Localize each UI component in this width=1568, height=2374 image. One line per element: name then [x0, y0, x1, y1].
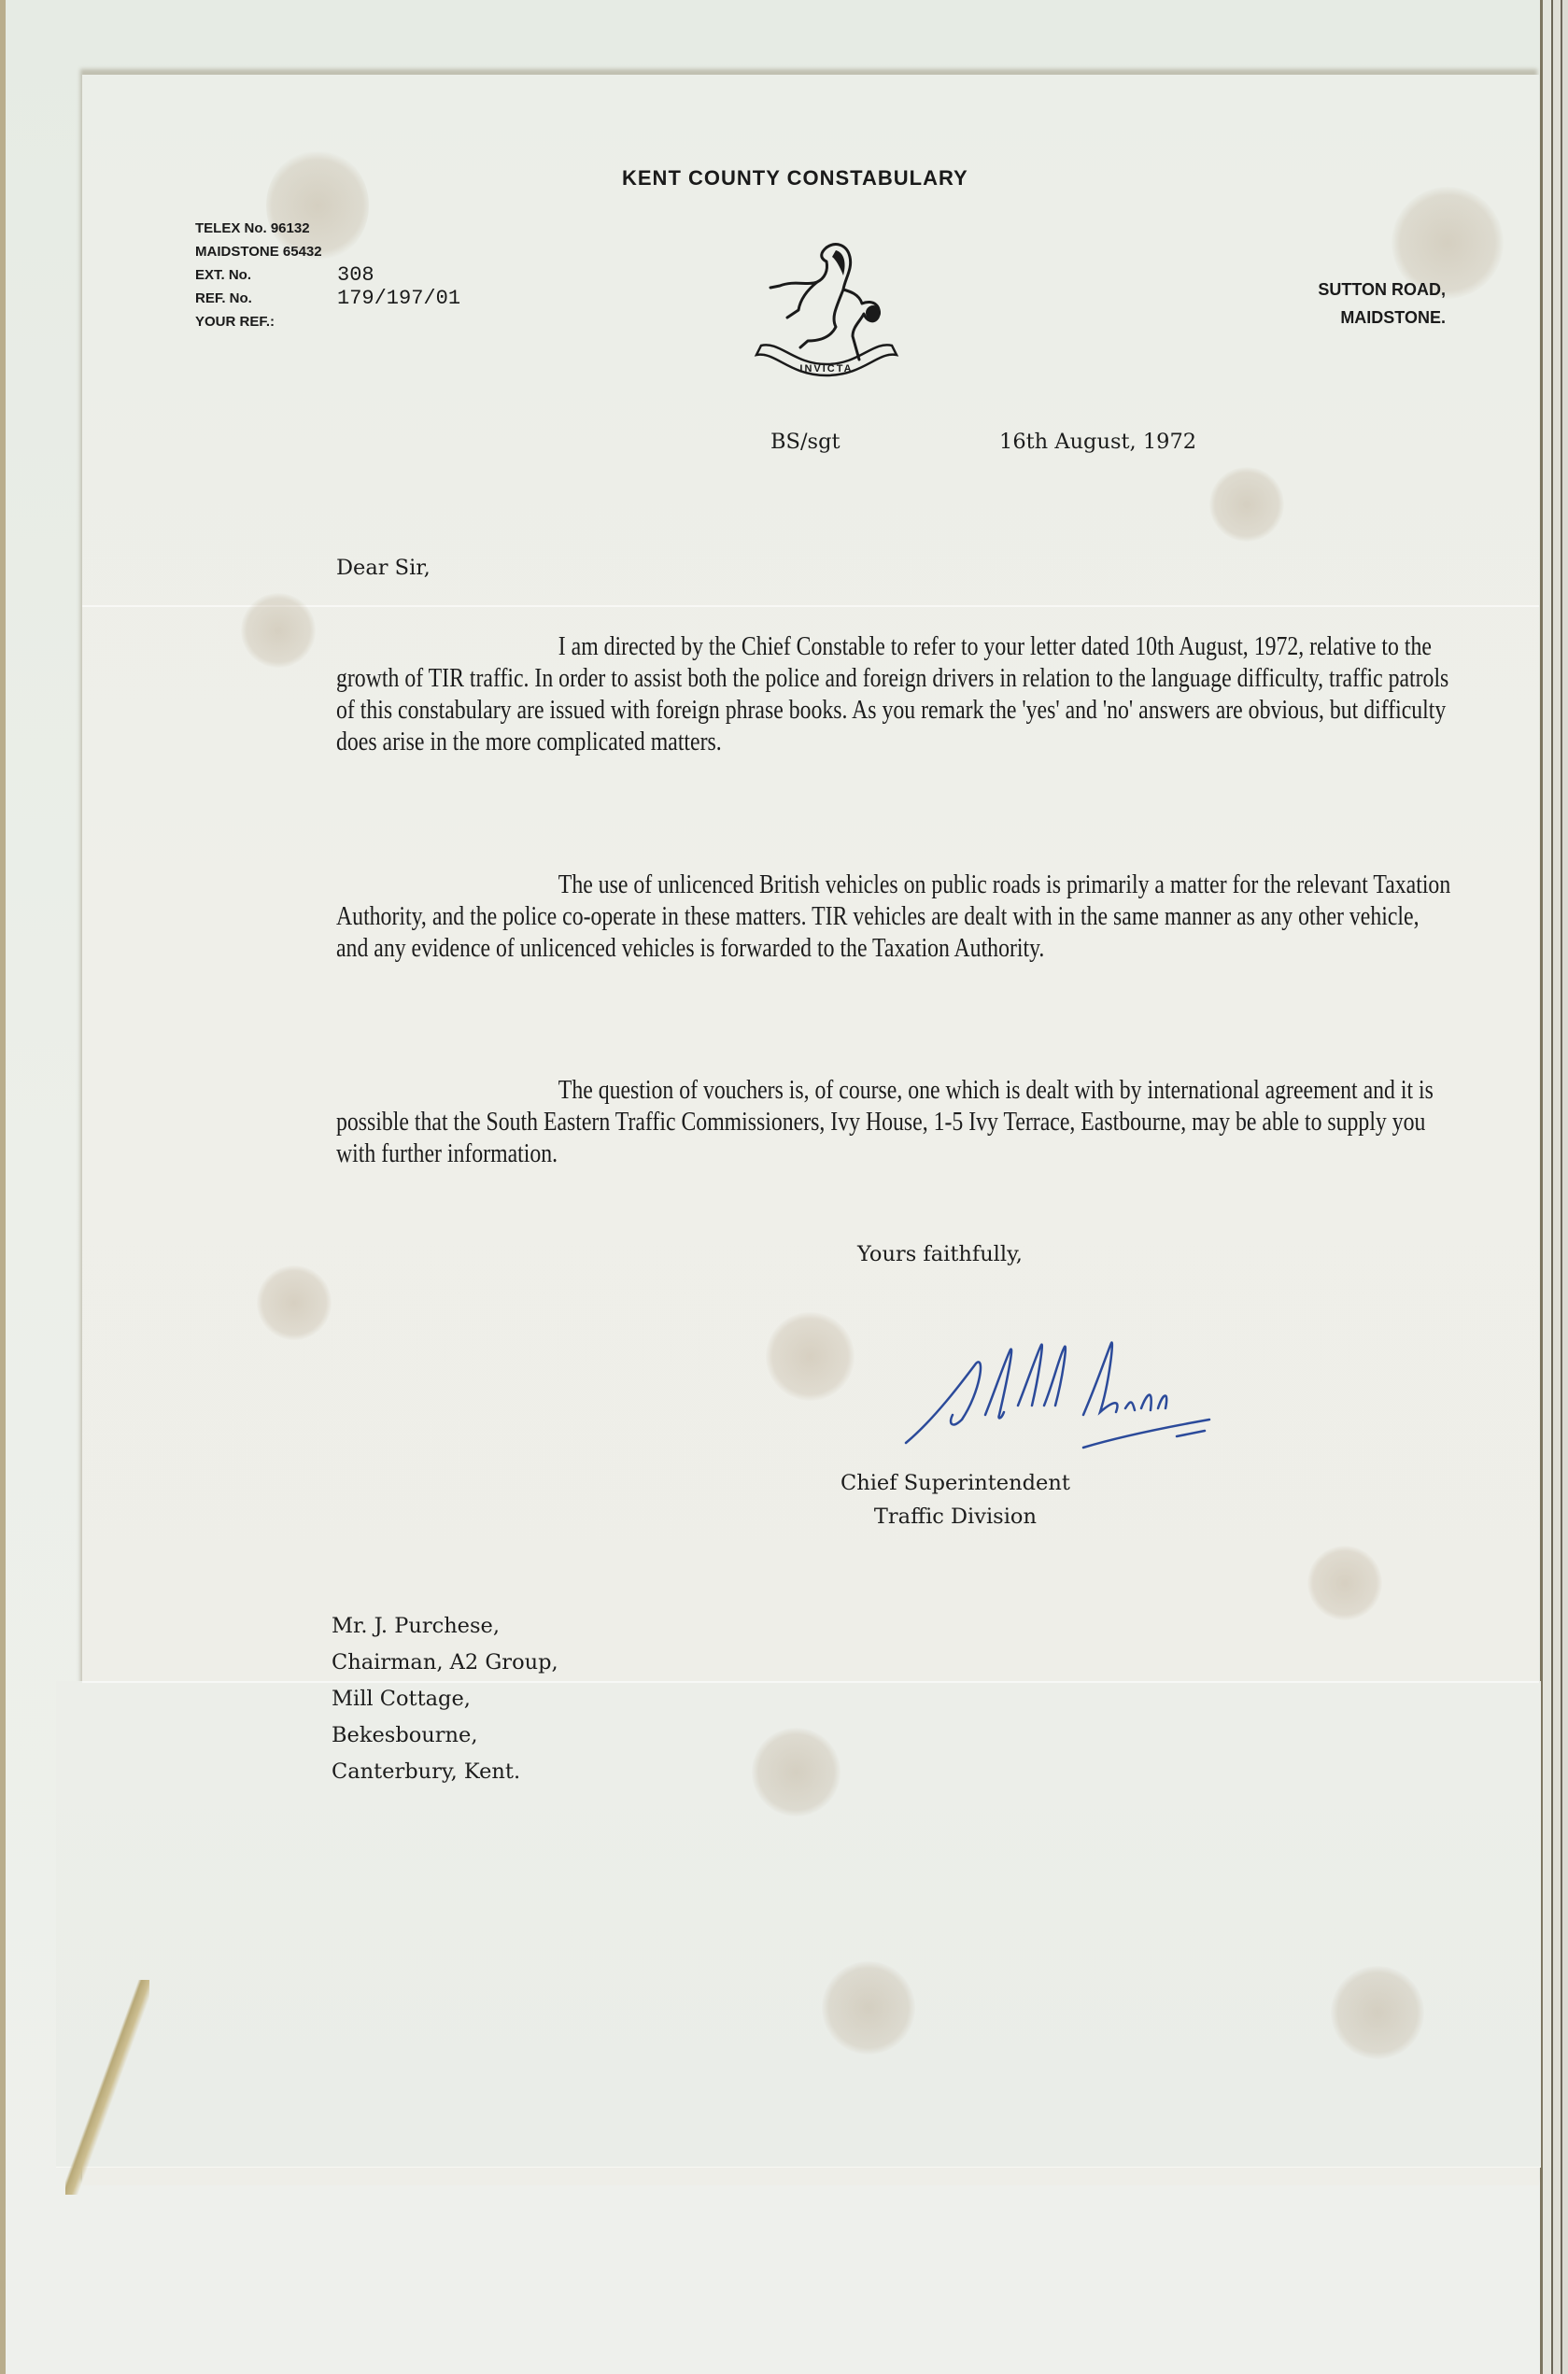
ext-row: EXT. No. 308: [195, 263, 460, 287]
fold-line: [82, 1681, 1539, 1683]
stain: [766, 1312, 855, 1401]
recipient-line: Chairman, A2 Group,: [332, 1645, 558, 1681]
stain: [257, 1265, 332, 1340]
complimentary-close: Yours faithfully,: [857, 1242, 1023, 1266]
ext-label: EXT. No.: [195, 263, 337, 287]
stacked-page-edges: [1540, 0, 1568, 2374]
address-line: SUTTON ROAD,: [1318, 276, 1446, 304]
stain: [1307, 1546, 1382, 1620]
body-paragraph: I am directed by the Chief Constable to …: [336, 630, 1454, 757]
signatory-title: Chief Superintendent Traffic Division: [841, 1466, 1070, 1533]
your-ref-row: YOUR REF.:: [195, 310, 460, 333]
recipient-line: Canterbury, Kent.: [332, 1754, 558, 1790]
signatory-rank: Chief Superintendent: [841, 1466, 1070, 1500]
stain: [822, 1961, 915, 2055]
recipient-line: Mill Cottage,: [332, 1681, 558, 1717]
stain: [241, 593, 316, 668]
body-paragraph: The question of vouchers is, of course, …: [336, 1074, 1454, 1169]
stain: [1331, 1966, 1424, 2059]
signatory-division: Traffic Division: [841, 1500, 1070, 1533]
salutation: Dear Sir,: [336, 556, 431, 580]
letter-date: 16th August, 1972: [999, 430, 1196, 454]
binder-edge: [0, 0, 6, 2374]
contact-block: TELEX No. 96132 MAIDSTONE 65432 EXT. No.…: [195, 217, 460, 333]
ref-value: 179/197/01: [337, 287, 460, 310]
handwritten-signature-icon: [897, 1326, 1233, 1466]
telex-row: TELEX No. 96132: [195, 217, 460, 240]
white-horse-crest-icon: INVICTA: [742, 224, 911, 383]
page-corner-shadow: [65, 1980, 149, 2195]
phone-label: MAIDSTONE 65432: [195, 240, 322, 263]
ref-row: REF. No. 179/197/01: [195, 287, 460, 310]
body-paragraph: The use of unlicenced British vehicles o…: [336, 869, 1454, 964]
reference-initials: BS/sgt: [770, 430, 841, 454]
your-ref-label: YOUR REF.:: [195, 310, 337, 333]
phone-row: MAIDSTONE 65432: [195, 240, 460, 263]
recipient-line: Bekesbourne,: [332, 1717, 558, 1754]
sender-address: SUTTON ROAD, MAIDSTONE.: [1318, 276, 1446, 332]
organisation-name: KENT COUNTY CONSTABULARY: [622, 166, 968, 191]
telex-label: TELEX No. 96132: [195, 217, 310, 240]
stain: [752, 1728, 841, 1816]
ext-value: 308: [337, 263, 374, 287]
svg-text:INVICTA: INVICTA: [799, 363, 853, 374]
stain: [1209, 467, 1284, 542]
recipient-address: Mr. J. Purchese, Chairman, A2 Group, Mil…: [332, 1608, 558, 1790]
ref-label: REF. No.: [195, 287, 337, 310]
recipient-line: Mr. J. Purchese,: [332, 1608, 558, 1645]
address-line: MAIDSTONE.: [1318, 304, 1446, 332]
